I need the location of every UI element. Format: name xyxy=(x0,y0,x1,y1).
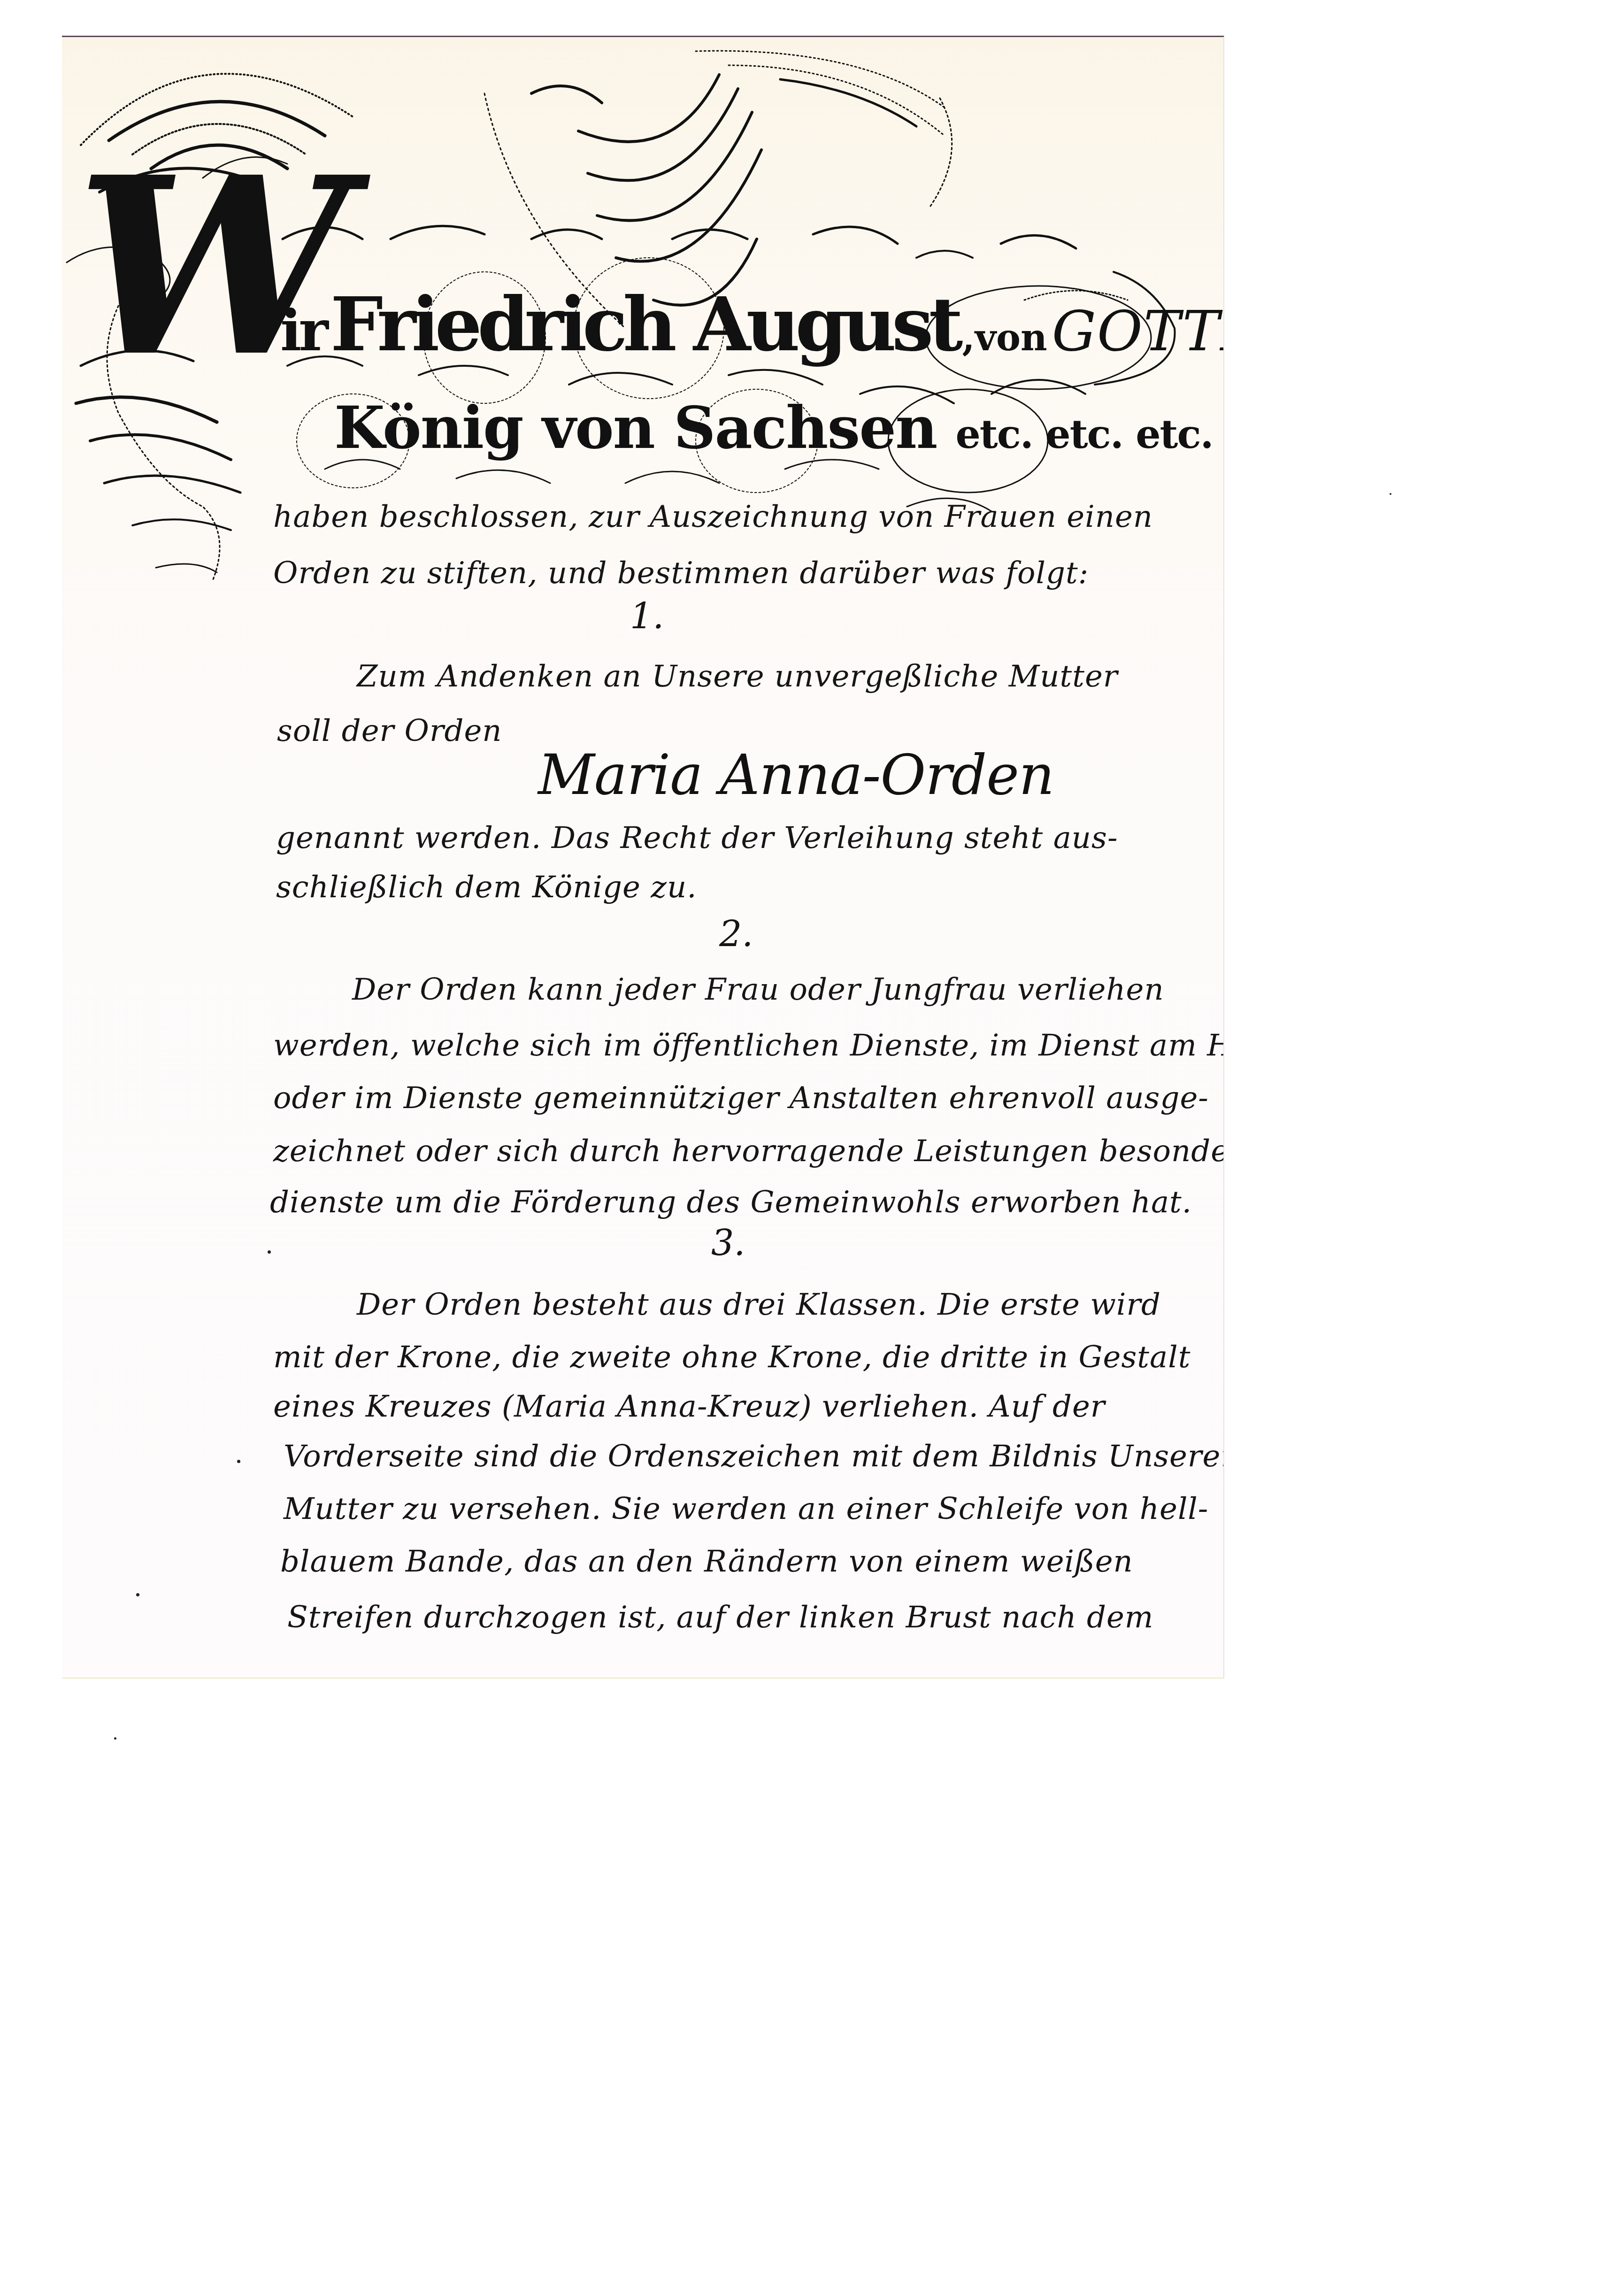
ink-speck xyxy=(237,1460,240,1463)
section-number-2: 2. xyxy=(719,916,753,952)
intro-line-1: haben beschlossen, zur Auszeichnung von … xyxy=(273,502,1153,532)
heading-gottes: GOTTES xyxy=(1052,299,1224,363)
section-3-line-1: Der Orden besteht aus drei Klassen. Die … xyxy=(357,1290,1161,1320)
heading-von: ,von xyxy=(962,316,1047,359)
section-3-line-7: Streifen durchzogen ist, auf der linken … xyxy=(287,1603,1153,1633)
heading-line-title: König von Sachsen etc. etc. etc. xyxy=(334,394,1213,462)
ink-speck xyxy=(136,1593,139,1596)
order-title-maria-anna-orden: Maria Anna-Orden xyxy=(538,747,1054,802)
heading-king-title: König von Sachsen xyxy=(334,394,937,462)
intro-line-2: Orden zu stiften, und bestimmen darüber … xyxy=(273,558,1089,588)
section-2-line-2: werden, welche sich im öffentlichen Dien… xyxy=(273,1031,1224,1061)
section-3-line-2: mit der Krone, die zweite ohne Krone, di… xyxy=(273,1342,1191,1372)
heading-etc: etc. etc. etc. xyxy=(955,411,1213,457)
scan-speck xyxy=(1390,493,1391,495)
ink-speck xyxy=(268,1250,271,1254)
document-page: W ir Friedrich August ,von GOTTES Gnaden… xyxy=(62,36,1224,1679)
section-3-line-6: blauem Bande, das an den Rändern von ein… xyxy=(280,1547,1133,1577)
heading-line-ruler: ir Friedrich August ,von GOTTES Gnaden xyxy=(280,281,1224,368)
section-3-line-3: eines Kreuzes (Maria Anna-Kreuz) verlieh… xyxy=(273,1392,1105,1422)
section-2-line-1: Der Orden kann jeder Frau oder Jungfrau … xyxy=(352,975,1164,1005)
section-number-1: 1. xyxy=(630,598,664,634)
heading-ir: ir xyxy=(280,298,326,364)
section-1-line-3: genannt werden. Das Recht der Verleihung… xyxy=(276,823,1118,853)
section-number-3: 3. xyxy=(711,1225,745,1261)
section-2-line-5: dienste um die Förderung des Gemeinwohls… xyxy=(270,1187,1192,1217)
section-3-line-4: Vorderseite sind die Ordenszeichen mit d… xyxy=(284,1441,1224,1472)
heading-ruler-name: Friedrich August xyxy=(330,281,959,368)
scan-speck xyxy=(114,1737,116,1740)
section-2-line-4: zeichnet oder sich durch hervorragende L… xyxy=(273,1136,1224,1166)
section-1-line-2: soll der Orden xyxy=(277,716,502,746)
section-2-line-3: oder im Dienste gemeinnütziger Anstalten… xyxy=(273,1083,1209,1113)
section-3-line-5: Mutter zu versehen. Sie werden an einer … xyxy=(284,1494,1208,1524)
section-1-line-4: schließlich dem Könige zu. xyxy=(276,872,697,902)
section-1-line-1: Zum Andenken an Unsere unvergeßliche Mut… xyxy=(357,662,1118,692)
